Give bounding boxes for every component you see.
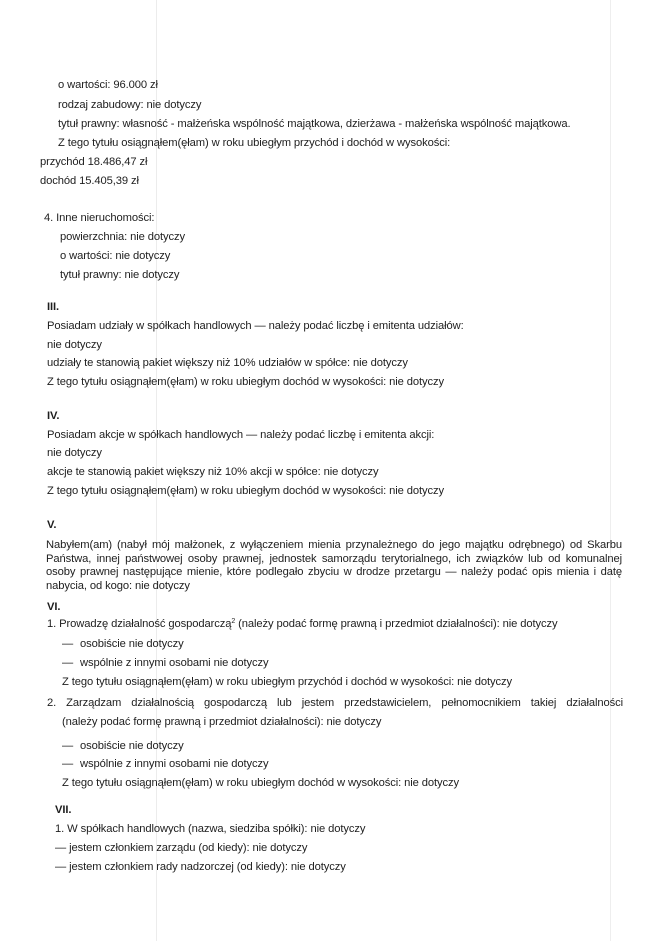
stocks-value: nie dotyczy (47, 446, 102, 460)
shares-package: udziały te stanowią pakiet większy niż 1… (47, 356, 408, 370)
business-activity-line: 1. Prowadzę działalność gospodarczą2 (na… (47, 617, 557, 631)
companies-line: 1. W spółkach handlowych (nazwa, siedzib… (55, 822, 365, 836)
business-activity-text: 1. Prowadzę działalność gospodarczą (47, 618, 231, 630)
business-personal: —osobiście nie dotyczy (62, 637, 184, 651)
property-value: o wartości: 96.000 zł (58, 78, 158, 92)
other-property-area: powierzchnia: nie dotyczy (60, 230, 185, 244)
supervisory-member: — jestem członkiem rady nadzorczej (od k… (55, 860, 346, 874)
management-line-cont: (należy podać formę prawną i przedmiot d… (62, 715, 381, 729)
shares-line: Posiadam udziały w spółkach handlowych —… (47, 319, 464, 333)
dash-bullet: — (62, 757, 80, 771)
business-activity-text-cont: (należy podać formę prawną i przedmiot d… (235, 618, 557, 630)
scan-fold-line (610, 0, 611, 941)
revenue-amount: przychód 18.486,47 zł (40, 155, 147, 169)
section-6-heading: VI. (47, 600, 60, 614)
other-property-title: tytuł prawny: nie dotyczy (60, 268, 179, 282)
section-4-heading: IV. (47, 409, 59, 423)
shares-income: Z tego tytułu osiągnąłem(ęłam) w roku ub… (47, 375, 444, 389)
business-income: Z tego tytułu osiągnąłem(ęłam) w roku ub… (62, 675, 512, 689)
management-personal: —osobiście nie dotyczy (62, 739, 184, 753)
stocks-income: Z tego tytułu osiągnąłem(ęłam) w roku ub… (47, 484, 444, 498)
dash-bullet: — (62, 637, 80, 651)
stocks-line: Posiadam akcje w spółkach handlowych — n… (47, 428, 434, 442)
other-property-value: o wartości: nie dotyczy (60, 249, 170, 263)
income-amount: dochód 15.405,39 zł (40, 174, 139, 188)
management-personal-text: osobiście nie dotyczy (80, 740, 184, 752)
business-personal-text: osobiście nie dotyczy (80, 638, 184, 650)
legal-title: tytuł prawny: własność - małżeńska wspól… (58, 117, 571, 131)
income-intro: Z tego tytułu osiągnąłem(ęłam) w roku ub… (58, 136, 450, 150)
dash-bullet: — (62, 739, 80, 753)
section-5-heading: V. (47, 518, 56, 532)
dash-bullet: — (62, 656, 80, 670)
board-member: — jestem członkiem zarządu (od kiedy): n… (55, 841, 307, 855)
management-joint: —wspólnie z innymi osobami nie dotyczy (62, 757, 268, 771)
section-3-heading: III. (47, 300, 59, 314)
building-type: rodzaj zabudowy: nie dotyczy (58, 98, 201, 112)
other-property-heading: 4. Inne nieruchomości: (44, 211, 154, 225)
management-joint-text: wspólnie z innymi osobami nie dotyczy (80, 758, 268, 770)
management-line: 2. Zarządzam działalnością gospodarczą l… (47, 696, 623, 710)
section-7-heading: VII. (55, 803, 71, 817)
acquisition-paragraph: Nabyłem(am) (nabył mój małżonek, z wyłąc… (46, 539, 622, 593)
management-income: Z tego tytułu osiągnąłem(ęłam) w roku ub… (62, 776, 459, 790)
stocks-package: akcje te stanowią pakiet większy niż 10%… (47, 465, 378, 479)
business-joint-text: wspólnie z innymi osobami nie dotyczy (80, 657, 268, 669)
business-joint: —wspólnie z innymi osobami nie dotyczy (62, 656, 268, 670)
shares-value: nie dotyczy (47, 338, 102, 352)
